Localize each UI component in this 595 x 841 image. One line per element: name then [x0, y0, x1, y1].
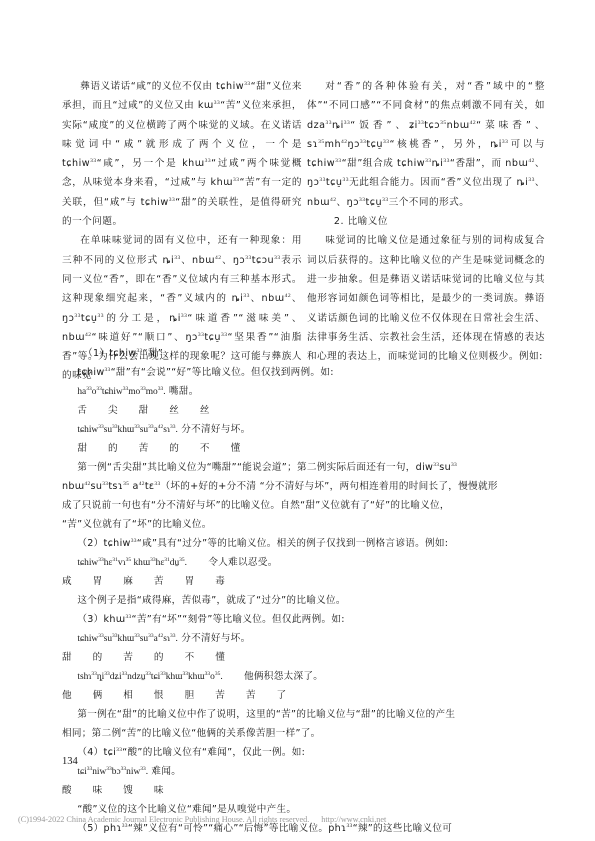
example-3b-line: tshɿ33ȵi33dʑi33ndzu̠33tɕi33khɯ33khɯ33o35…	[62, 667, 546, 686]
copyright-text: (C)1994-2022 China Academic Journal Elec…	[18, 815, 309, 824]
example-3-explanation-a: 第一例在“甜”的比喻义位中作了说明，这里的“苦”的比喻义位与“甜”的比喻义位的产…	[62, 705, 546, 724]
example-3a-ipa: tɕhiw33su33khɯ33su33a42sɿ33.	[77, 634, 178, 644]
left-column: 彝语义诺话“咸”的义位不仅由 tɕhiw33“甜”义位来承担，而且“过咸”的义位…	[62, 77, 302, 386]
example-2-translation: 令人难以忍受。	[208, 557, 277, 568]
example-4-gloss: 酸 味 馊 味	[62, 781, 546, 800]
example-1a-ipa: ha33o33tɕhiw33mo33mo33.	[77, 387, 165, 397]
example-4-line: tɕi33niw33bɔ33niw33. 难闻。	[62, 762, 546, 781]
example-2-title: （2）tɕhiw33“咸”具有“过分”等的比喻义位。相关的例子仅找到一例格言谚语…	[62, 534, 546, 553]
example-3b-translation: 他俩积怨太深了。	[244, 671, 323, 682]
left-paragraph-1: 彝语义诺话“咸”的义位不仅由 tɕhiw33“甜”义位来承担，而且“过咸”的义位…	[62, 77, 302, 231]
gloss-text: 酸 味 馊 味	[62, 785, 173, 796]
example-3b-gloss: 他 俩 相 恨 胆 苦 苦 了	[62, 686, 546, 705]
example-4-title: （4）tɕi33“酸”的比喻义位有“难闻”，仅此一例。如:	[62, 743, 546, 762]
gloss-text: 舌 尖 甜 丝 丝	[77, 405, 218, 416]
example-1b-translation: 分不清好与坏。	[181, 424, 250, 435]
example-2-ipa: tɕhiw33hɛ31vɿ35 khɯ33hɛ31du̠35.	[77, 558, 187, 568]
example-3a-line: tɕhiw33su33khɯ33su33a42sɿ33. 分不清好与坏。	[62, 629, 546, 648]
right-column: 对“香”的各种体验有关，对“香”域中的“整体”“不同口感”“不同食材”的焦点刺激…	[307, 77, 545, 366]
example-1b-ipa: tɕhiw33su33khɯ33su33a42sɿ33.	[77, 425, 178, 435]
example-1a-translation: 嘴甜。	[169, 386, 199, 397]
example-2-explanation: 这个例子是指“咸得麻，苦似毒”，就成了“过分”的比喻义位。	[62, 591, 546, 610]
example-3-title: （3）khɯ33“苦”有“坏”“刻骨”等比喻义位。但仅此两例。如:	[62, 610, 546, 629]
example-3a-translation: 分不清好与坏。	[181, 633, 250, 644]
example-1-explanation-b: nbɯ42su33tsɿ35 a42tɛ33（坏的+好的+分不清 “分不清好与坏…	[62, 477, 546, 496]
example-3-explanation-b: 相同；第二例“苦”的比喻义位“他俩的关系像苦胆一样”了。	[62, 724, 546, 743]
page-number: 134	[62, 756, 78, 767]
example-2-line: tɕhiw33hɛ31vɿ35 khɯ33hɛ31du̠35. 令人难以忍受。	[62, 553, 546, 572]
gloss-text: 甜 的 苦 的 不 懂	[77, 443, 249, 454]
example-1b-gloss: 甜 的 苦 的 不 懂	[62, 439, 546, 458]
full-width-examples: （1）tɕhiw33“甜” tɕhiw33“甜”有“会说”“好”等比喻义位。但仅…	[62, 344, 546, 838]
example-1b-line: tɕhiw33su33khɯ33su33a42sɿ33. 分不清好与坏。	[62, 420, 546, 439]
example-1-explanation-a: 第一例“舌尖甜”其比喻义位为“嘴甜”“能说会道”；第二例实际后面还有一句，diw…	[62, 458, 546, 477]
example-1a-gloss: 舌 尖 甜 丝 丝	[62, 401, 546, 420]
footer-url[interactable]: http://www.cnki.net	[321, 815, 386, 824]
example-4-translation: 难闻。	[151, 766, 181, 777]
example-3b-ipa: tshɿ33ȵi33dʑi33ndzu̠33tɕi33khɯ33khɯ33o35…	[77, 672, 222, 682]
gloss-text: 咸 胃 麻 苦 胃 毒	[62, 576, 234, 587]
example-4-ipa: tɕi33niw33bɔ33niw33.	[77, 767, 148, 777]
example-1-description: tɕhiw33“甜”有“会说”“好”等比喻义位。但仅找到两例。如:	[62, 363, 546, 382]
gloss-text: 甜 的 苦 的 不 懂	[62, 652, 234, 663]
example-1-explanation-c: 成了只说前一句也有“分不清好与坏”的比喻义位。自然“甜”义位就有了“好”的比喻义…	[62, 496, 546, 515]
section-heading: 2. 比喻义位	[307, 212, 545, 231]
right-paragraph-1: 对“香”的各种体验有关，对“香”域中的“整体”“不同口感”“不同食材”的焦点刺激…	[307, 77, 545, 212]
copyright-footer: (C)1994-2022 China Academic Journal Elec…	[18, 815, 386, 824]
example-3a-gloss: 甜 的 苦 的 不 懂	[62, 648, 546, 667]
example-2-gloss: 咸 胃 麻 苦 胃 毒	[62, 572, 546, 591]
gloss-text: 他 俩 相 恨 胆 苦 苦 了	[62, 690, 295, 701]
example-1-explanation-d: “苦”义位就有了“坏”的比喻义位。	[62, 515, 546, 534]
example-1a-line: ha33o33tɕhiw33mo33mo33. 嘴甜。	[62, 382, 546, 401]
example-1-title: （1）tɕhiw33“甜”	[62, 344, 546, 363]
